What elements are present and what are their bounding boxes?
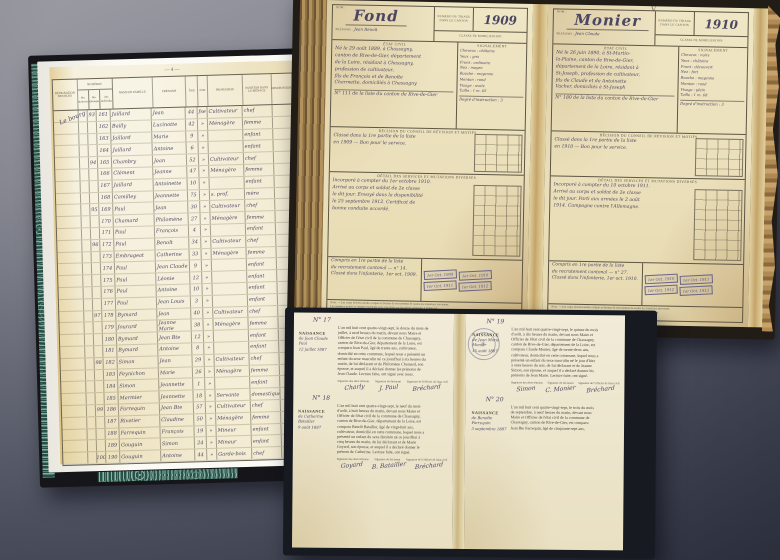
decision-ruled-box (695, 138, 744, 177)
signature: Bréchard (414, 461, 443, 471)
date-stamp: 1er Oct. 1913 (679, 285, 712, 296)
signature: C. Monier (545, 384, 575, 394)
signature: B. Batailler (372, 461, 407, 471)
act-body: L'an mil huit cent quatre-vingt-sept, le… (334, 403, 448, 470)
tirage-label: NUMÉRO DU TIRAGE DANS LE CANTON (656, 11, 695, 35)
matricule-register-book: Nom : Fond Prénoms : Jean Benoît NUMÉRO … (287, 0, 780, 340)
signature: J. Paul (379, 383, 398, 392)
decision-entries: Classé dans la 1re partie de la liste en… (554, 137, 704, 154)
date-stamp: 1er Oct. 1910 (645, 274, 678, 285)
birth-register-book: N° 17 NAISSANCE de Jean Claude Paul 12 j… (283, 307, 657, 558)
margin-date: 3 septembre 1887 (472, 426, 508, 432)
sig-caption-witnesses: Signature des deux témoins (337, 457, 369, 461)
photo-scene: — 4 — DÉSIGNATION DES RUES NUMÉROS des m… (0, 0, 780, 560)
margin-date: 15 août 1887 (472, 348, 508, 354)
surname-handwritten: Monier (566, 11, 649, 32)
services-section: DÉTAIL DES SERVICES ET MUTATIONS DIVERSE… (328, 172, 524, 261)
matricule-page: V Nom : Monier Prénoms : Jean Claude (542, 4, 754, 327)
census-table: DÉSIGNATION DES RUES NUMÉROS des maisons… (52, 73, 304, 466)
decision-section: DÉCISION DU CONSEIL DE RÉVISION ET MOTIF… (551, 131, 746, 180)
signature: Bréchard (586, 385, 615, 395)
tirage-label: NUMÉRO DU TIRAGE DANS LE CANTON (435, 7, 474, 31)
prenoms-label: Prénoms : (336, 27, 354, 31)
birth-act: N° 18 NAISSANCE de Catherine Batailler 9… (298, 395, 448, 470)
birth-act: N° 20 NAISSANCE de Benoîte Farrequin 3 s… (471, 396, 619, 435)
col-numeros-maisons: des maisons (78, 90, 90, 109)
col-position: POSITION DANS LE MÉNAGE (242, 74, 272, 105)
instruction-line: Degré d'instruction : 3 (459, 96, 523, 103)
corps-section: Compris en 1re partie de la liste du rec… (548, 261, 743, 308)
act-text: L'an mil huit cent quatre-vingt-sept, le… (511, 326, 620, 378)
sig-caption-witnesses: Signature des deux témoins (511, 380, 543, 384)
matricule-header: Nom : Fond Prénoms : Jean Benoît NUMÉRO … (332, 5, 527, 44)
birth-act: N° 17 NAISSANCE de Jean Claude Paul 12 j… (298, 317, 448, 392)
act-text: L'an mil huit cent quatre-vingt-sept, le… (511, 404, 620, 430)
sig-caption-officer: Signature de l'Officier de l'état civil (407, 380, 448, 384)
decision-section: DÉCISION DU CONSEIL DE RÉVISION ET MOTIF… (330, 127, 525, 176)
margin-date: 12 juillet 1887 (299, 346, 335, 352)
prenoms-label: Prénoms : (556, 31, 574, 35)
signature: Bréchard (412, 383, 441, 393)
liste-number-line: N° 111 de la liste du canton de Rive-de-… (334, 89, 453, 100)
nom-label: Nom : (557, 10, 567, 14)
act-margin: NAISSANCE de Jean Marie Monier 15 août 1… (472, 326, 509, 392)
date-stamp: 1er Oct. 1909 (424, 269, 457, 280)
margin-name: de Jean Marie Monier (472, 337, 508, 348)
firstname-handwritten: Jean Benoît (354, 27, 377, 32)
act-margin: NAISSANCE de Benoîte Farrequin 3 septemb… (471, 404, 507, 434)
date-stamp: 1er Oct. 1912 (458, 281, 491, 292)
matricule-page: Nom : Fond Prénoms : Jean Benoît NUMÉRO … (321, 0, 533, 323)
nom-label: Nom : (336, 6, 346, 10)
decision-ruled-box (474, 134, 523, 173)
birth-act: N° 19 NAISSANCE de Jean Marie Monier 15 … (472, 318, 620, 393)
services-ruled-box (472, 185, 521, 257)
census-rows: 93 161 Jaillard Jean 44 fse Cultivateur … (54, 105, 303, 465)
date-stamp: 1er Oct. 1911 (423, 280, 456, 291)
col-observations: OBSERVATIONS (272, 74, 293, 105)
matricule-header: Nom : Monier Prénoms : Jean Claude NUMÉR… (553, 9, 748, 48)
etat-civil-section: ÉTAT CIVIL Né le 29 août 1889, à Chassag… (331, 40, 527, 131)
instruction-line: Degré d'instruction : 3 (680, 100, 744, 107)
birth-page-left: N° 17 NAISSANCE de Jean Claude Paul 12 j… (292, 312, 454, 548)
etat-civil-entries: Né le 26 juin 1890, à St-Martin- la-Plai… (555, 50, 675, 94)
date-stamps: 1er Oct. 1909 1er Oct. 1910 1er Oct. 191… (421, 259, 522, 303)
col-noms: NOMS DE FAMILLE (112, 77, 153, 108)
services-section: DÉTAIL DES SERVICES ET MUTATIONS DIVERSE… (549, 176, 745, 265)
services-entries: Incorporé à compter du 1er octobre 1910.… (332, 178, 483, 215)
class-year-handwritten: 1909 (474, 8, 527, 32)
margin-name: de Catherine Batailler (298, 414, 334, 425)
classe-mobilisation-label: Classe de mobilisation (434, 31, 526, 43)
signature: Simon (516, 385, 535, 394)
decision-entries: Classé dans la 1re partie de la liste en… (333, 133, 483, 150)
date-stamp: 1er Oct. 1910 (458, 270, 491, 281)
census-page: — 4 — DÉSIGNATION DES RUES NUMÉROS des m… (49, 60, 305, 464)
surname-handwritten: Fond (345, 6, 407, 26)
corps-entries: Compris en 1re partie de la liste du rec… (548, 261, 643, 305)
col-numeros-group: NUMÉROS des maisons des ménages des indi… (77, 79, 113, 110)
corps-section: Compris en 1re partie de la liste du rec… (327, 257, 522, 304)
signalement-entries: Cheveux : châtains Yeux : gris Front : o… (459, 49, 524, 96)
services-entries: Incorporé à compter du 10 octobre 1911. … (553, 182, 704, 212)
services-ruled-box (693, 189, 742, 261)
matricule-open-pages: Nom : Fond Prénoms : Jean Benoît NUMÉRO … (321, 0, 769, 327)
date-stamp: 1er Oct. 1911 (679, 274, 712, 285)
liste-number-line: N° 180 de la liste du canton de Rive-de-… (555, 94, 674, 105)
class-year-handwritten: 1910 (695, 12, 748, 36)
margin-date: 9 août 1887 (298, 424, 334, 430)
col-numeros-menages: des ménages (89, 90, 101, 109)
matricule-form: Nom : Monier Prénoms : Jean Claude NUMÉR… (547, 8, 749, 323)
col-prenoms: PRÉNOMS (153, 76, 187, 107)
col-designation: DÉSIGNATION DES RUES (53, 80, 78, 111)
etat-civil-section: ÉTAT CIVIL Né le 26 juin 1890, à St-Mart… (552, 44, 748, 135)
birth-page-right: ✶ N° 19 NAISSANCE de Jean Marie Monier 1… (463, 314, 625, 550)
col-age: ÂGE (186, 76, 199, 106)
classe-mobilisation-label: Classe de mobilisation (655, 35, 747, 47)
corps-entries: Compris en 1re partie de la liste du rec… (327, 257, 422, 301)
col-profession: PROFESSION (208, 75, 243, 106)
birth-right-acts: N° 19 NAISSANCE de Jean Marie Monier 15 … (471, 318, 620, 435)
date-stamp: 1er Oct. 1912 (644, 285, 677, 296)
birth-open-pages: N° 17 NAISSANCE de Jean Claude Paul 12 j… (292, 312, 625, 550)
firstname-handwritten: Jean Claude (575, 31, 600, 36)
act-margin: NAISSANCE de Jean Claude Paul 12 juillet… (298, 325, 335, 391)
act-margin: NAISSANCE de Catherine Batailler 9 août … (298, 403, 335, 469)
act-text: L'an mil huit cent quatre-vingt-sept, le… (337, 325, 448, 377)
act-text: L'an mil huit cent quatre-vingt-sept, le… (337, 403, 448, 455)
col-numeros-individus: des individus (100, 90, 114, 109)
matricule-form: Nom : Fond Prénoms : Jean Benoît NUMÉRO … (326, 4, 528, 319)
census-register-book: — 4 — DÉSIGNATION DES RUES NUMÉROS des m… (28, 48, 312, 487)
act-body: L'an mil huit cent quatre-vingt-sept, le… (334, 325, 448, 392)
etat-civil-entries: Né le 29 août 1889, à Chassagny, canton … (334, 46, 454, 90)
date-stamps: 1er Oct. 1910 1er Oct. 1911 1er Oct. 191… (642, 263, 743, 307)
act-body: L'an mil huit cent quatre-vingt-sept, le… (508, 326, 620, 393)
signature: Charly (344, 383, 364, 392)
act-body: L'an mil huit cent quatre-vingt-sept, le… (507, 404, 619, 435)
signalement-entries: Cheveux : noirs Yeux : châtains Front : … (680, 53, 745, 100)
signature: Goyard (341, 461, 363, 470)
margin-name: de Benoîte Farrequin (472, 415, 508, 426)
margin-name: de Jean Claude Paul (299, 336, 335, 347)
matricule-pages: Nom : Fond Prénoms : Jean Benoît NUMÉRO … (321, 0, 769, 327)
